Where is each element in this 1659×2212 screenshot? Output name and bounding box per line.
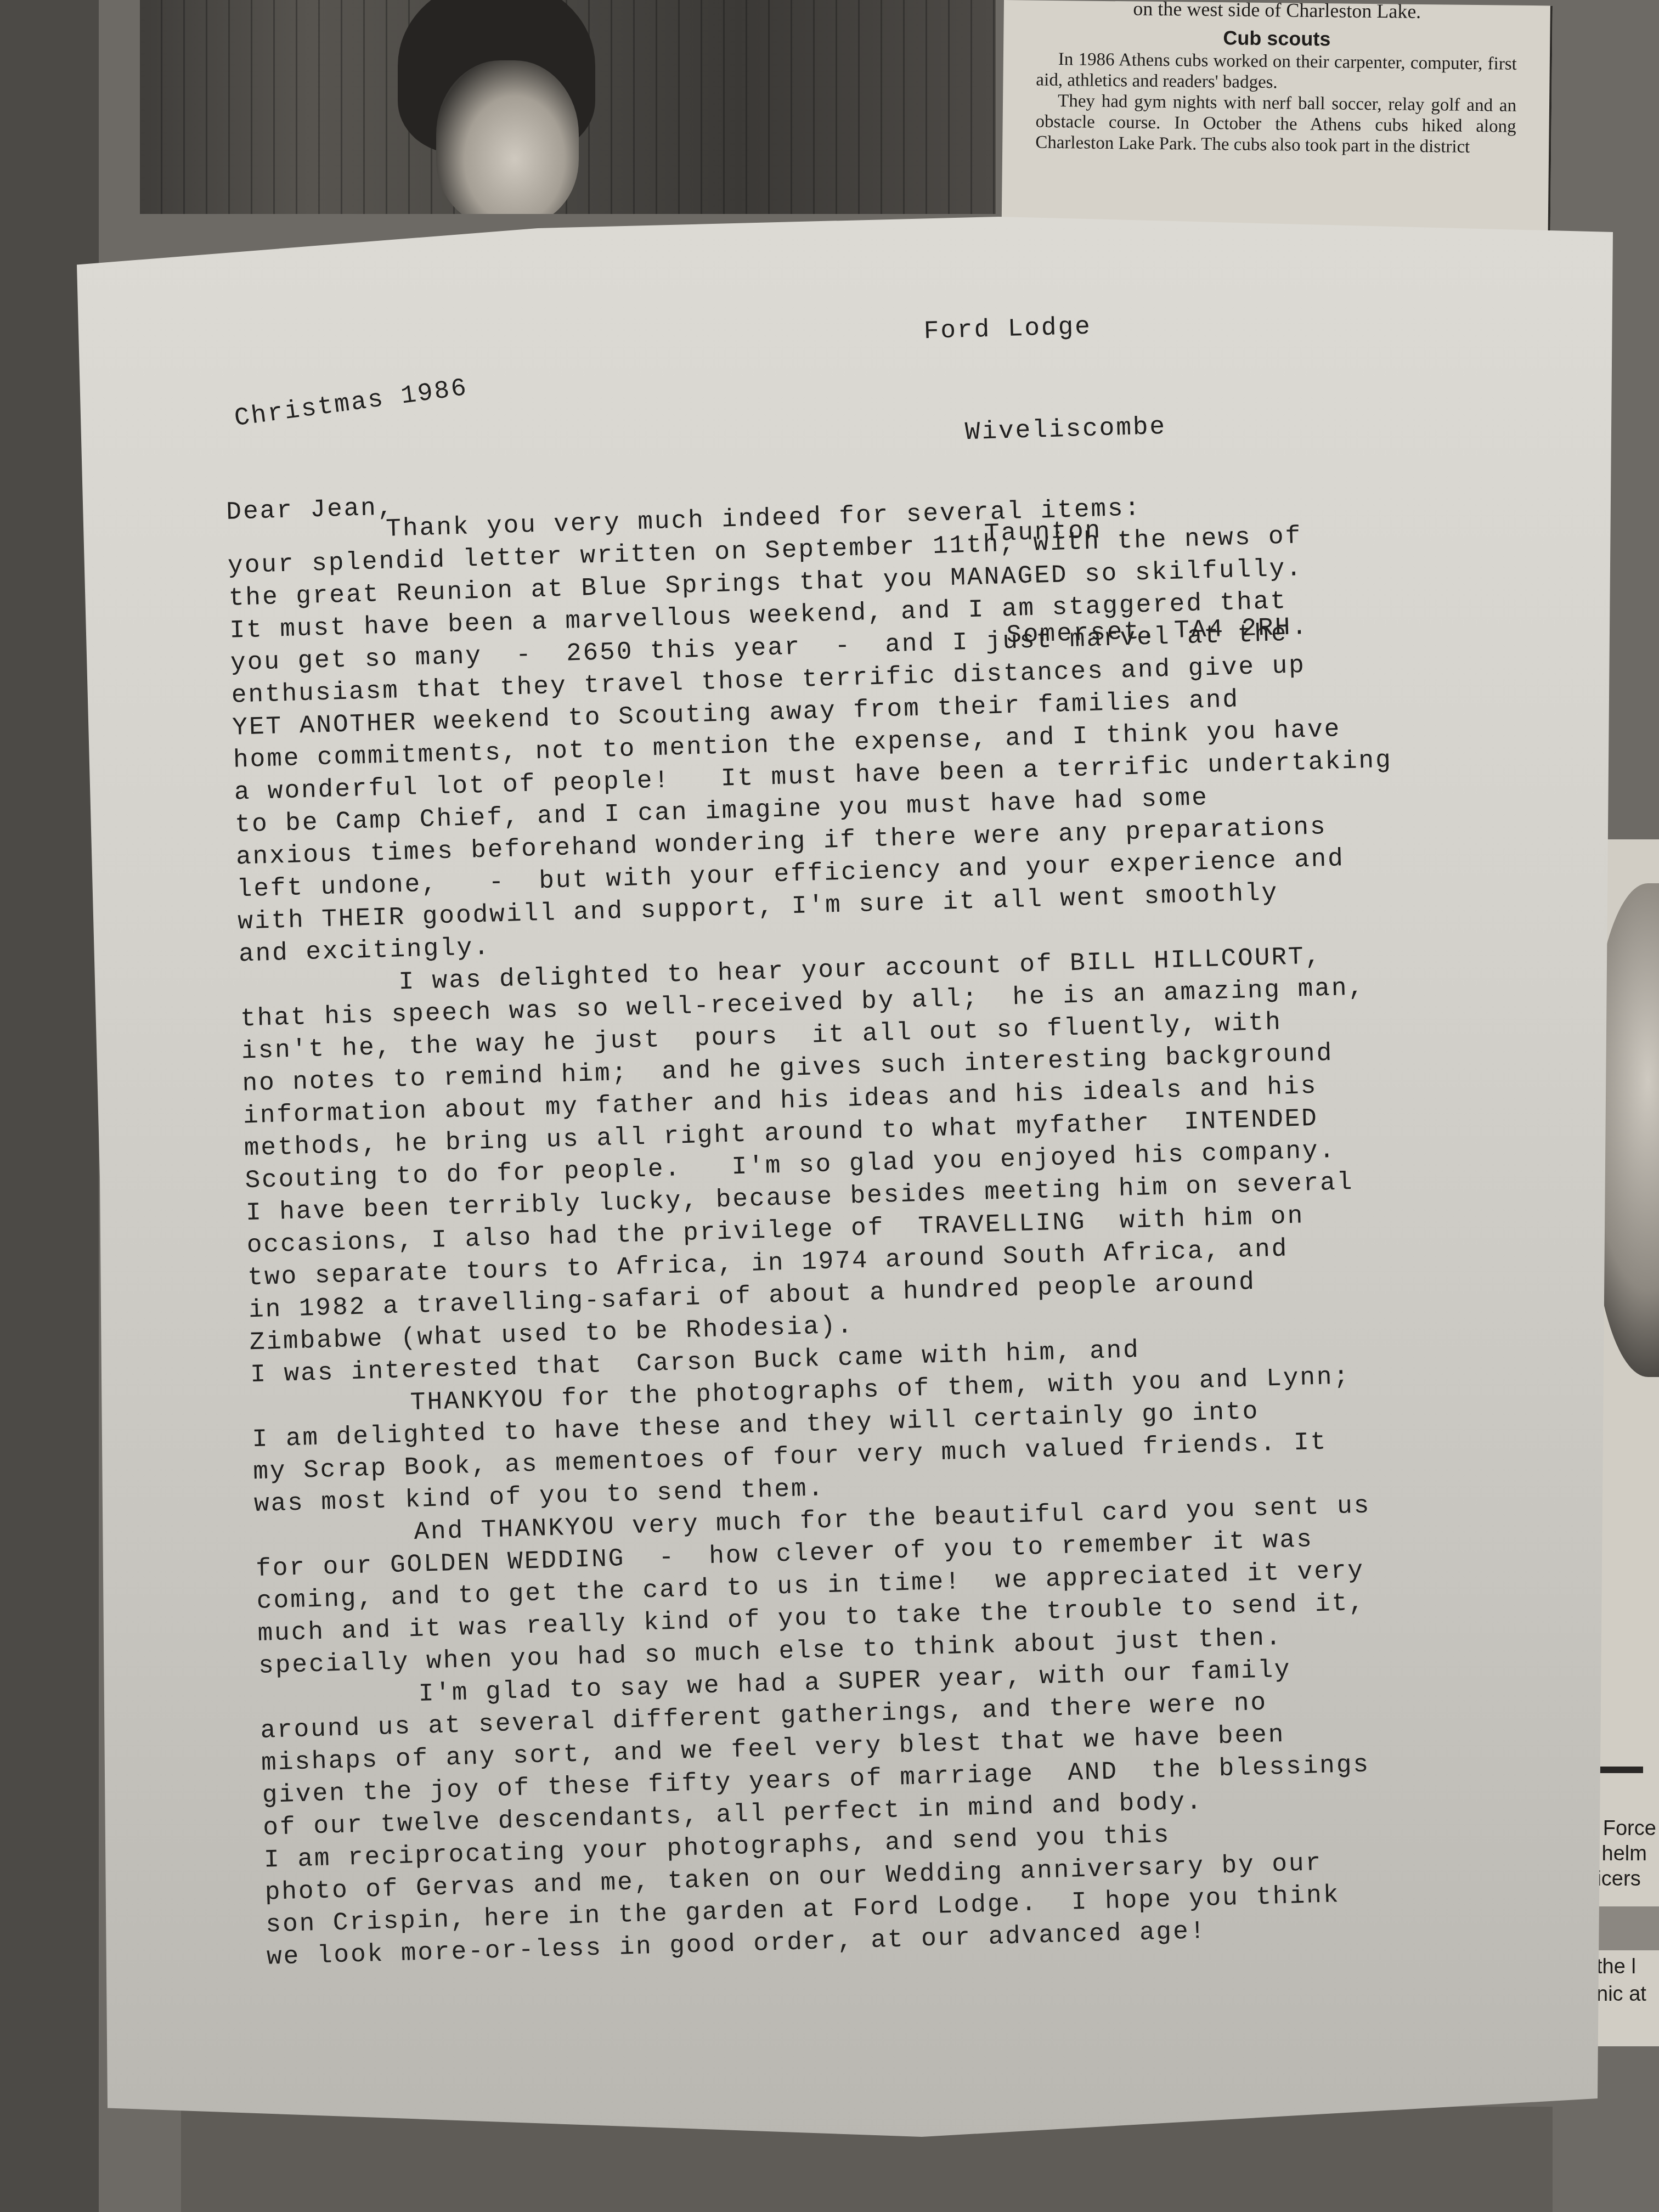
clipping-paragraph: They had gym nights with nerf ball socce…	[1035, 91, 1516, 158]
clipping-rule	[1594, 1767, 1643, 1773]
clipping-heading: Cub scouts	[1036, 25, 1517, 53]
address-line: Wiveliscombe	[926, 406, 1303, 450]
letter-lines: Thank you very much indeed for several i…	[227, 480, 1611, 1973]
letter-date: Christmas 1986	[233, 372, 470, 435]
newspaper-photo-top	[140, 0, 996, 214]
typewritten-letter: Ford Lodge Wiveliscombe Taunton Somerset…	[77, 217, 1613, 2137]
clipping-paragraph: In 1986 Athens cubs worked on their carp…	[1036, 49, 1517, 95]
clipping-partial-line: on the west side of Charleston Lake.	[1037, 0, 1517, 24]
clipping-caption-2: the l nic at	[1596, 1953, 1659, 2008]
photo-person-face	[436, 60, 579, 214]
address-line: Ford Lodge	[923, 304, 1300, 348]
letter-body: Dear Jean, Thank you very much indeed fo…	[226, 459, 1611, 1973]
